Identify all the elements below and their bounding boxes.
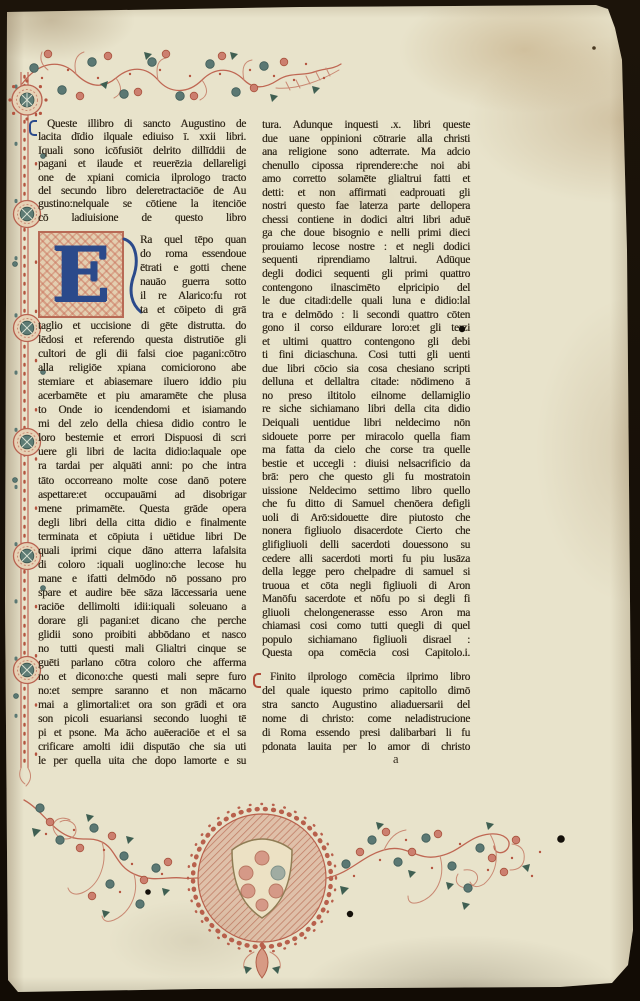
page: Queste illibro di sancto Augustino delac… <box>0 0 640 1001</box>
wormhole-dots <box>0 0 640 1001</box>
scanned-book-photo: Queste illibro di sancto Augustino delac… <box>0 0 640 1001</box>
